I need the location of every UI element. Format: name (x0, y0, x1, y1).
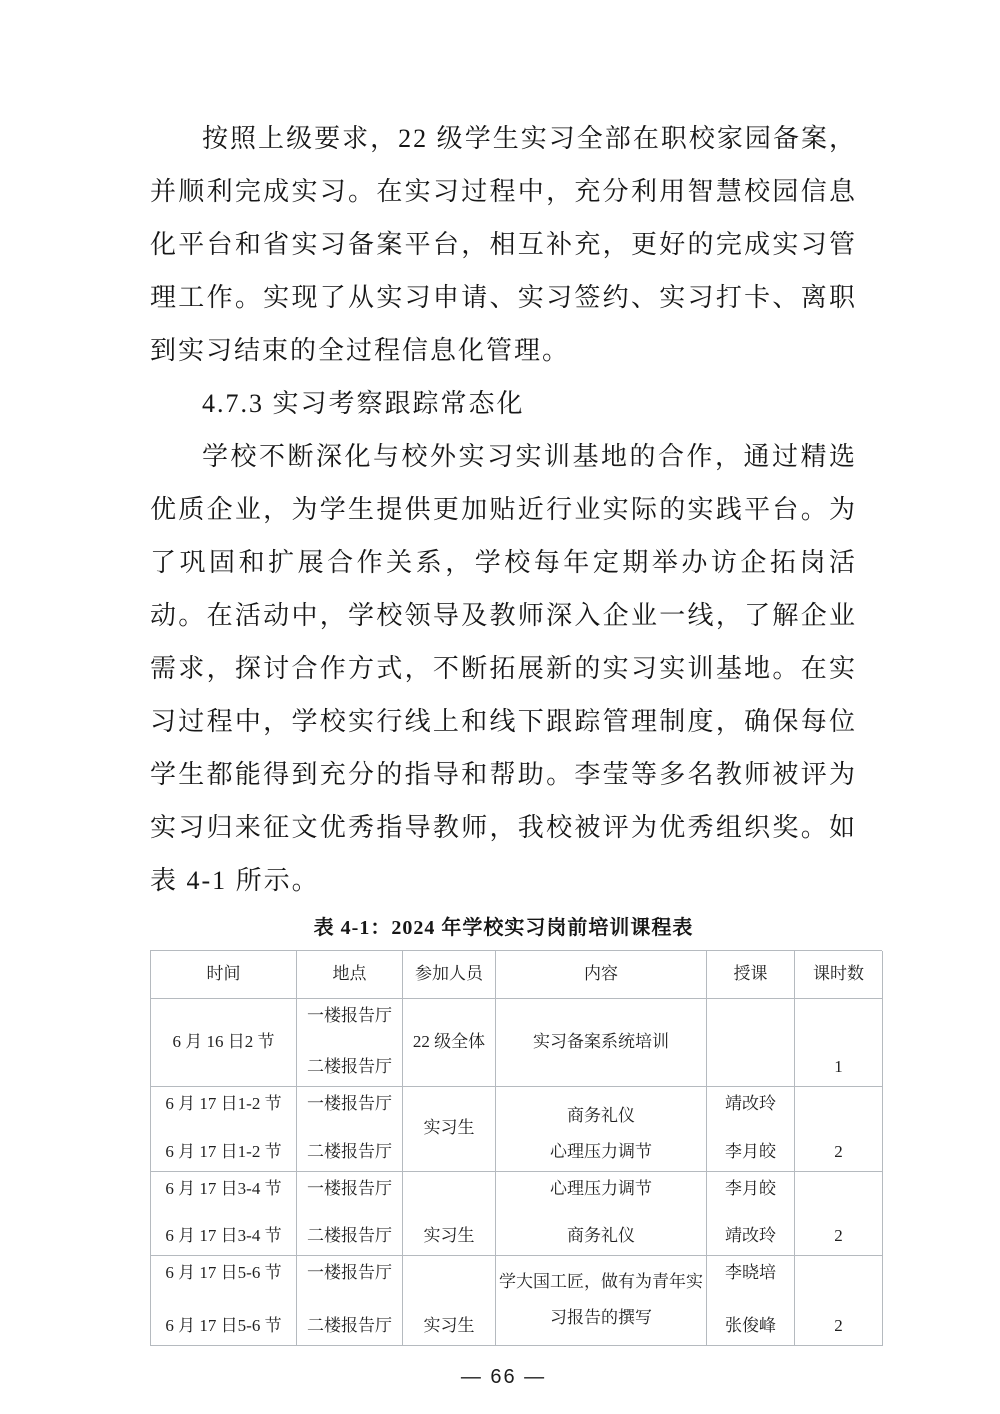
cell-hours: 2 (795, 1087, 883, 1172)
table-row: 6 月 17 日3-4 节 6 月 17 日3-4 节 一楼报告厅 二楼报告厅 … (151, 1172, 882, 1256)
content-value: 实习备案系统培训 (533, 1031, 669, 1053)
cell-content: 商务礼仪 心理压力调节 (496, 1087, 707, 1172)
teacher-bottom-value: 靖改玲 (725, 1225, 776, 1247)
content-bottom-value: 商务礼仪 (567, 1225, 635, 1247)
content-value: 学大国工匠，做有为青年实习报告的撰写 (498, 1264, 704, 1336)
cell-participants: 实习生 (403, 1087, 496, 1172)
time-value: 6 月 16 日2 节 (173, 1031, 275, 1053)
cell-hours: 1 (795, 999, 883, 1087)
cell-hours: 2 (795, 1256, 883, 1346)
paragraph-internship-filing: 按照上级要求，22 级学生实习全部在职校家园备案，并顺利完成实习。在实习过程中，… (150, 112, 857, 377)
hours-value: 2 (834, 1315, 843, 1337)
cell-content: 心理压力调节 商务礼仪 (496, 1172, 707, 1256)
cell-participants: 实习生 (403, 1256, 496, 1346)
place-top-value: 一楼报告厅 (307, 1005, 392, 1027)
cell-content: 实习备案系统培训 (496, 999, 707, 1087)
document-page: 按照上级要求，22 级学生实习全部在职校家园备案，并顺利完成实习。在实习过程中，… (0, 0, 1000, 1414)
header-cell-time: 时间 (151, 951, 297, 999)
place-bottom-value: 二楼报告厅 (307, 1225, 392, 1247)
time-top-value: 6 月 17 日1-2 节 (165, 1093, 281, 1115)
header-cell-participants: 参加人员 (403, 951, 496, 999)
place-top-value: 一楼报告厅 (307, 1178, 392, 1200)
hours-value: 2 (834, 1141, 843, 1163)
time-bottom-value: 6 月 17 日5-6 节 (165, 1315, 281, 1337)
time-bottom-value: 6 月 17 日1-2 节 (165, 1141, 281, 1163)
table-row: 6 月 17 日5-6 节 6 月 17 日5-6 节 一楼报告厅 二楼报告厅 … (151, 1256, 882, 1346)
cell-teacher: 李晓培 张俊峰 (707, 1256, 795, 1346)
participants-value: 22 级全体 (413, 1031, 485, 1053)
header-time-label: 时间 (207, 963, 241, 985)
time-top-value: 6 月 17 日5-6 节 (165, 1262, 281, 1284)
training-schedule-table: 时间 地点 参加人员 内容 授课 课时数 6 月 16 日2 节 一楼报告厅 二… (150, 950, 882, 1346)
header-content-label: 内容 (584, 963, 618, 985)
cell-hours: 2 (795, 1172, 883, 1256)
page-number: — 66 — (150, 1363, 857, 1391)
cell-time: 6 月 17 日3-4 节 6 月 17 日3-4 节 (151, 1172, 297, 1256)
cell-time: 6 月 17 日1-2 节 6 月 17 日1-2 节 (151, 1087, 297, 1172)
cell-teacher (707, 999, 795, 1087)
table-header-row: 时间 地点 参加人员 内容 授课 课时数 (151, 951, 882, 999)
cell-content: 学大国工匠，做有为青年实习报告的撰写 (496, 1256, 707, 1346)
table-row: 6 月 16 日2 节 一楼报告厅 二楼报告厅 22 级全体 实习备案系统培训 … (151, 999, 882, 1087)
teacher-top-value: 李晓培 (725, 1262, 776, 1284)
cell-teacher: 李月皎 靖改玲 (707, 1172, 795, 1256)
participants-value: 实习生 (424, 1225, 475, 1247)
cell-time: 6 月 17 日5-6 节 6 月 17 日5-6 节 (151, 1256, 297, 1346)
hours-value: 1 (834, 1056, 843, 1078)
table-row: 6 月 17 日1-2 节 6 月 17 日1-2 节 一楼报告厅 二楼报告厅 … (151, 1087, 882, 1172)
header-hours-label: 课时数 (813, 963, 864, 985)
content-bottom-value: 心理压力调节 (550, 1141, 652, 1163)
teacher-bottom-value: 李月皎 (725, 1141, 776, 1163)
header-cell-teacher: 授课 (707, 951, 795, 999)
place-bottom-value: 二楼报告厅 (307, 1056, 392, 1078)
header-teacher-label: 授课 (734, 963, 768, 985)
place-bottom-value: 二楼报告厅 (307, 1141, 392, 1163)
participants-value: 实习生 (424, 1315, 475, 1337)
table-caption: 表 4-1：2024 年学校实习岗前培训课程表 (150, 912, 857, 945)
header-cell-hours: 课时数 (795, 951, 883, 999)
place-top-value: 一楼报告厅 (307, 1093, 392, 1115)
hours-value: 2 (834, 1225, 843, 1247)
cell-place: 一楼报告厅 二楼报告厅 (297, 1256, 403, 1346)
content-top-value: 商务礼仪 (567, 1105, 635, 1127)
header-place-label: 地点 (333, 963, 367, 985)
teacher-top-value: 李月皎 (725, 1178, 776, 1200)
cell-participants: 实习生 (403, 1172, 496, 1256)
section-heading-4-7-3: 4.7.3 实习考察跟踪常态化 (150, 377, 857, 430)
time-top-value: 6 月 17 日3-4 节 (165, 1178, 281, 1200)
cell-place: 一楼报告厅 二楼报告厅 (297, 1087, 403, 1172)
time-bottom-value: 6 月 17 日3-4 节 (165, 1225, 281, 1247)
cell-teacher: 靖改玲 李月皎 (707, 1087, 795, 1172)
paragraph-internship-tracking: 学校不断深化与校外实习实训基地的合作，通过精选优质企业，为学生提供更加贴近行业实… (150, 430, 857, 907)
header-cell-place: 地点 (297, 951, 403, 999)
place-bottom-value: 二楼报告厅 (307, 1315, 392, 1337)
header-participants-label: 参加人员 (415, 963, 483, 985)
cell-place: 一楼报告厅 二楼报告厅 (297, 999, 403, 1087)
content-top-value: 心理压力调节 (550, 1178, 652, 1200)
cell-time: 6 月 16 日2 节 (151, 999, 297, 1087)
place-top-value: 一楼报告厅 (307, 1262, 392, 1284)
header-cell-content: 内容 (496, 951, 707, 999)
cell-place: 一楼报告厅 二楼报告厅 (297, 1172, 403, 1256)
cell-participants: 22 级全体 (403, 999, 496, 1087)
participants-value: 实习生 (424, 1117, 475, 1139)
teacher-top-value: 靖改玲 (725, 1093, 776, 1115)
teacher-bottom-value: 张俊峰 (725, 1315, 776, 1337)
